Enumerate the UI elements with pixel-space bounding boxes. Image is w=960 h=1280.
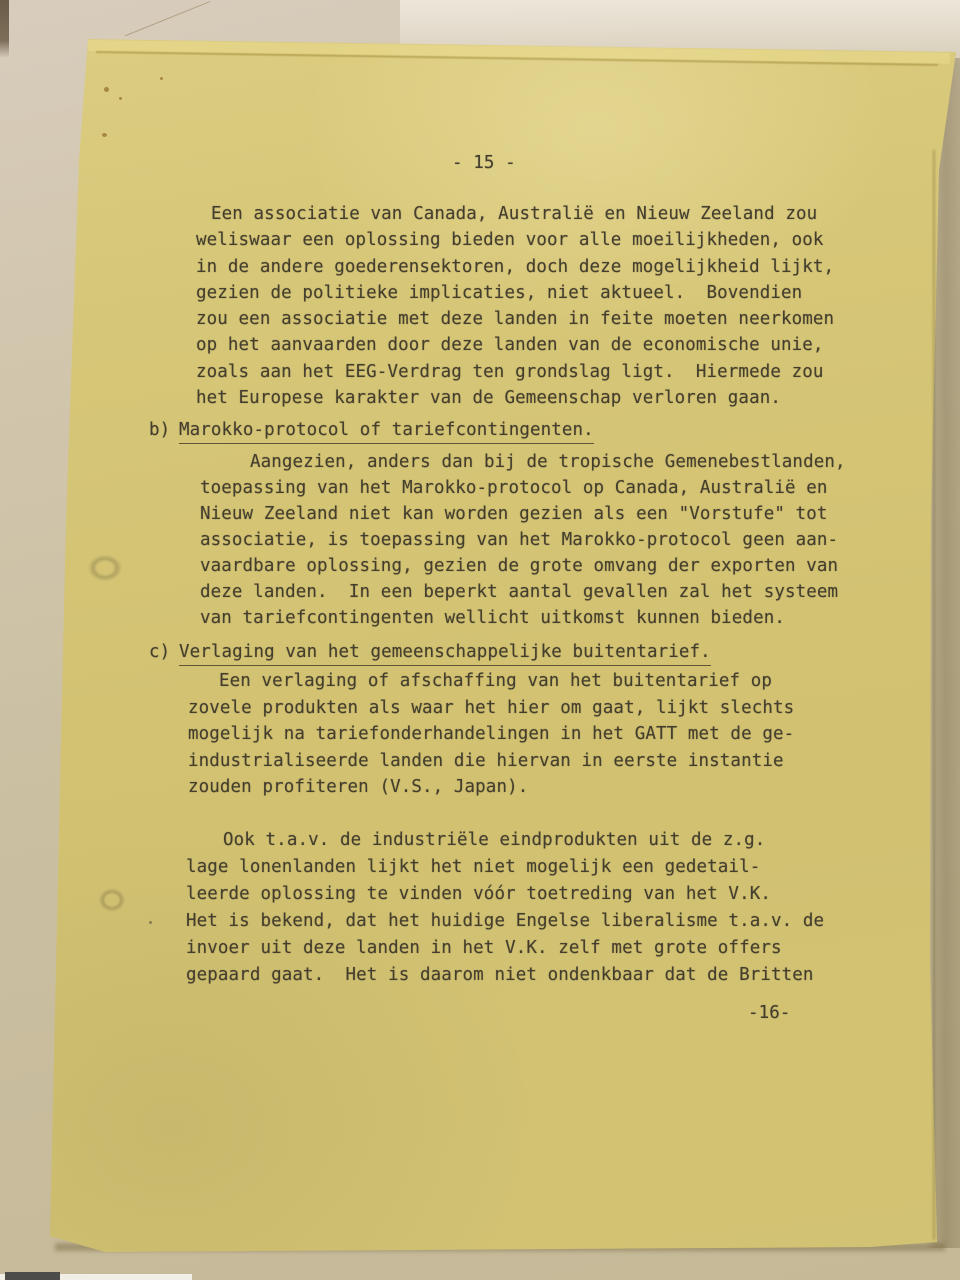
- text-line: gepaard gaat. Het is daarom niet ondenkb…: [186, 965, 824, 992]
- text-line: lage lonenlanden lijkt het niet mogelijk…: [186, 857, 824, 884]
- page-number-top: - 15 -: [452, 153, 516, 179]
- text-line: Een associatie van Canada, Australië en …: [211, 204, 834, 230]
- paragraph-d: Ook t.a.v. de industriële eindprodukten …: [186, 830, 824, 992]
- paragraph-b: Aangezien, anders dan bij de tropische G…: [200, 452, 846, 634]
- text-line: in de andere goederensektoren, doch deze…: [196, 257, 834, 283]
- text-line: toepassing van het Marokko-protocol op C…: [200, 478, 846, 504]
- section-label-b: b): [149, 420, 170, 446]
- section-heading-b: Marokko-protocol of tariefcontingenten.: [179, 420, 594, 440]
- text-line: van tariefcontingenten wellicht uitkomst…: [200, 608, 846, 634]
- text-line: Nieuw Zeeland niet kan worden gezien als…: [200, 504, 846, 530]
- section-label-c: c): [149, 642, 170, 668]
- text-line: zouden profiteren (V.S., Japan).: [188, 777, 794, 804]
- text-line: het Europese karakter van de Gemeenschap…: [196, 388, 834, 414]
- section-heading-c: Verlaging van het gemeenschappelijke bui…: [179, 642, 711, 662]
- text-line: Een verlaging of afschaffing van het bui…: [219, 671, 794, 698]
- text-line: invoer uit deze landen in het V.K. zelf …: [186, 938, 824, 965]
- text-line: Het is bekend, dat het huidige Engelse l…: [186, 911, 824, 938]
- paragraph-c: Een verlaging of afschaffing van het bui…: [188, 671, 794, 804]
- section-heading-b-text: Marokko-protocol of tariefcontingenten.: [179, 420, 594, 444]
- section-heading-c-text: Verlaging van het gemeenschappelijke bui…: [179, 642, 711, 666]
- text-line: leerde oplossing te vinden vóór toetredi…: [186, 884, 824, 911]
- paragraph-a: Een associatie van Canada, Australië en …: [196, 204, 834, 414]
- text-line: gezien de politieke implicaties, niet ak…: [196, 283, 834, 309]
- text-line: associatie, is toepassing van het Marokk…: [200, 530, 846, 556]
- text-line: zou een associatie met deze landen in fe…: [196, 309, 834, 335]
- text-line: Aangezien, anders dan bij de tropische G…: [250, 452, 846, 478]
- text-line: zoals aan het EEG-Verdrag ten grondslag …: [196, 362, 834, 388]
- text-line: Ook t.a.v. de industriële eindprodukten …: [223, 830, 824, 857]
- text-line: zovele produkten als waar het hier om ga…: [188, 698, 794, 725]
- text-line: mogelijk na tariefonderhandelingen in he…: [188, 724, 794, 751]
- text-line: op het aanvaarden door deze landen van d…: [196, 335, 834, 361]
- scan-background: - 15 - Een associatie van Canada, Austra…: [0, 0, 960, 1280]
- text-line: vaardbare oplossing, gezien de grote omv…: [200, 556, 846, 582]
- text-line: industrialiseerde landen die hiervan in …: [188, 751, 794, 778]
- scan-artifact-gray: [5, 1272, 60, 1280]
- typewritten-text: - 15 - Een associatie van Canada, Austra…: [0, 0, 960, 1280]
- page-number-bottom: -16-: [748, 1003, 791, 1029]
- text-line: weliswaar een oplossing bieden voor alle…: [196, 230, 834, 256]
- text-line: deze landen. In een beperkt aantal geval…: [200, 582, 846, 608]
